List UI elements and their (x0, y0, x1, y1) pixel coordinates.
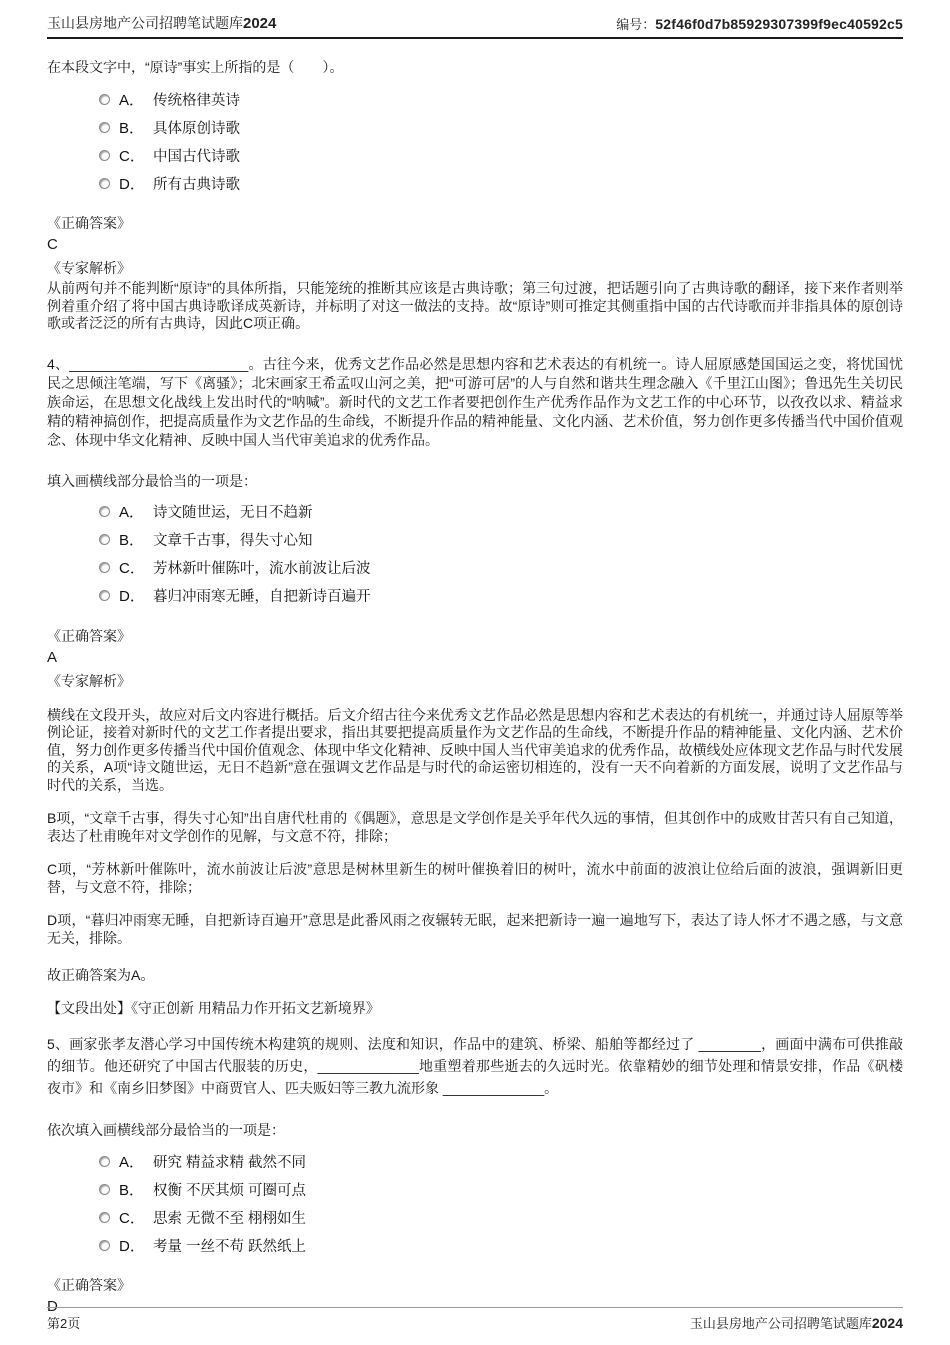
q4-answer-label: 《正确答案》 (47, 626, 903, 646)
radio-button-icon[interactable] (99, 1184, 110, 1195)
q5-option-c[interactable]: C． 思索 无微不至 栩栩如生 (47, 1203, 903, 1231)
q5-option-d[interactable]: D． 考量 一丝不苟 跃然纸上 (47, 1231, 903, 1259)
q4-option-a[interactable]: A． 诗文随世运，无日不趋新 (47, 498, 903, 526)
radio-button-icon[interactable] (99, 1156, 110, 1167)
option-text: 传统格律英诗 (153, 89, 240, 110)
q5-stem: 5、画家张孝友潜心学习中国传统木构建筑的规则、法度和知识，作品中的建筑、桥梁、船… (47, 1033, 903, 1099)
radio-button-icon[interactable] (99, 562, 110, 573)
q5-answer-label: 《正确答案》 (47, 1275, 903, 1295)
radio-button-icon[interactable] (99, 590, 110, 601)
option-letter: D． (119, 173, 153, 194)
radio-button-icon[interactable] (99, 534, 110, 545)
option-text: 诗文随世运，无日不趋新 (153, 501, 313, 522)
q3-analysis-text: 从前两句并不能判断“原诗”的具体所指，只能笼统的推断其应该是古典诗歌；第三句过渡… (47, 280, 903, 333)
radio-button-icon[interactable] (99, 1240, 110, 1251)
q4-source: 【文段出处】《守正创新 用精品力作开拓文艺新境界》 (47, 999, 903, 1017)
option-text: 中国古代诗歌 (153, 145, 240, 166)
q4-analysis-p3: C项，“芳林新叶催陈叶，流水前波让后波”意思是树林里新生的树叶催换着旧的树叶，流… (47, 861, 903, 896)
option-letter: B． (119, 1179, 153, 1200)
option-letter: C． (119, 1207, 153, 1228)
radio-button-icon[interactable] (99, 506, 110, 517)
option-letter: D． (119, 585, 153, 606)
footer-title-year: 2024 (872, 1315, 903, 1331)
option-text: 具体原创诗歌 (153, 117, 240, 138)
header-title-year: 2024 (243, 15, 276, 32)
option-text: 暮归冲雨寒无睡，自把新诗百遍开 (153, 585, 371, 606)
exam-document-page: 玉山县房地产公司招聘笔试题库2024 编号：52f46f0d7b85929307… (0, 0, 950, 1345)
footer-title-text: 玉山县房地产公司招聘笔试题库 (690, 1316, 872, 1331)
footer-page-number: 第2页 (47, 1313, 80, 1332)
radio-button-icon[interactable] (99, 1212, 110, 1223)
q4-analysis-p1: 横线在文段开头，故应对后文内容进行概括。后文介绍古往今来优秀文艺作品必然是思想内… (47, 707, 903, 795)
page-footer: 第2页 玉山县房地产公司招聘笔试题库2024 (47, 1307, 903, 1332)
q4-options: A． 诗文随世运，无日不趋新 B． 文章千古事，得失寸心知 C． 芳林新叶催陈叶… (47, 498, 903, 610)
q3-option-a[interactable]: A． 传统格律英诗 (47, 85, 903, 113)
q3-options: A． 传统格律英诗 B． 具体原创诗歌 C． 中国古代诗歌 D． 所有古典诗歌 (47, 85, 903, 197)
q4-option-c[interactable]: C． 芳林新叶催陈叶，流水前波让后波 (47, 554, 903, 582)
header-title-text: 玉山县房地产公司招聘笔试题库 (47, 15, 243, 31)
q4-stem: 4、_______________________。古往今来，优秀文艺作品必然是… (47, 355, 903, 450)
radio-button-icon[interactable] (99, 122, 110, 133)
q5-option-a[interactable]: A． 研究 精益求精 截然不同 (47, 1147, 903, 1175)
header-code: 编号：52f46f0d7b85929307399f9ec40592c5 (616, 14, 903, 33)
option-text: 芳林新叶催陈叶，流水前波让后波 (153, 557, 371, 578)
header-title: 玉山县房地产公司招聘笔试题库2024 (47, 13, 276, 33)
q3-option-d[interactable]: D． 所有古典诗歌 (47, 169, 903, 197)
q3-answer-value: C (47, 235, 903, 255)
radio-button-icon[interactable] (99, 178, 110, 189)
header-code-label: 编号： (616, 17, 655, 32)
option-text: 文章千古事，得失寸心知 (153, 529, 313, 550)
footer-title: 玉山县房地产公司招聘笔试题库2024 (690, 1313, 903, 1332)
q5-option-b[interactable]: B． 权衡 不厌其烦 可圈可点 (47, 1175, 903, 1203)
q3-option-c[interactable]: C． 中国古代诗歌 (47, 141, 903, 169)
q4-option-b[interactable]: B． 文章千古事，得失寸心知 (47, 526, 903, 554)
option-letter: A． (119, 501, 153, 522)
q4-prompt: 填入画横线部分最恰当的一项是： (47, 472, 903, 490)
option-letter: A． (119, 89, 153, 110)
page-header: 玉山县房地产公司招聘笔试题库2024 编号：52f46f0d7b85929307… (47, 0, 903, 39)
option-letter: C． (119, 557, 153, 578)
option-text: 考量 一丝不苟 跃然纸上 (153, 1235, 306, 1256)
q4-answer-value: A (47, 648, 903, 668)
radio-button-icon[interactable] (99, 150, 110, 161)
option-letter: A． (119, 1151, 153, 1172)
option-letter: B． (119, 529, 153, 550)
option-letter: B． (119, 117, 153, 138)
q4-analysis-p2: B项，“文章千古事，得失寸心知”出自唐代杜甫的《偶题》，意思是文学创作是关乎年代… (47, 810, 903, 845)
q3-stem: 在本段文字中，“原诗”事实上所指的是（ ）。 (47, 57, 903, 77)
q4-analysis-p4: D项，“暮归冲雨寒无睡，自把新诗百遍开”意思是此番风雨之夜辗转无眠，起来把新诗一… (47, 912, 903, 947)
header-code-value: 52f46f0d7b85929307399f9ec40592c5 (655, 16, 903, 32)
option-text: 所有古典诗歌 (153, 173, 240, 194)
option-letter: D． (119, 1235, 153, 1256)
q3-answer-label: 《正确答案》 (47, 213, 903, 233)
radio-button-icon[interactable] (99, 94, 110, 105)
q5-options: A． 研究 精益求精 截然不同 B． 权衡 不厌其烦 可圈可点 C． 思索 无微… (47, 1147, 903, 1259)
q3-analysis-label: 《专家解析》 (47, 258, 903, 278)
q4-analysis-label: 《专家解析》 (47, 671, 903, 691)
q4-conclusion: 故正确答案为A。 (47, 966, 903, 984)
q4-option-d[interactable]: D． 暮归冲雨寒无睡，自把新诗百遍开 (47, 582, 903, 610)
option-letter: C． (119, 145, 153, 166)
q5-prompt: 依次填入画横线部分最恰当的一项是： (47, 1121, 903, 1139)
option-text: 研究 精益求精 截然不同 (153, 1151, 306, 1172)
option-text: 权衡 不厌其烦 可圈可点 (153, 1179, 306, 1200)
q3-option-b[interactable]: B． 具体原创诗歌 (47, 113, 903, 141)
option-text: 思索 无微不至 栩栩如生 (153, 1207, 306, 1228)
